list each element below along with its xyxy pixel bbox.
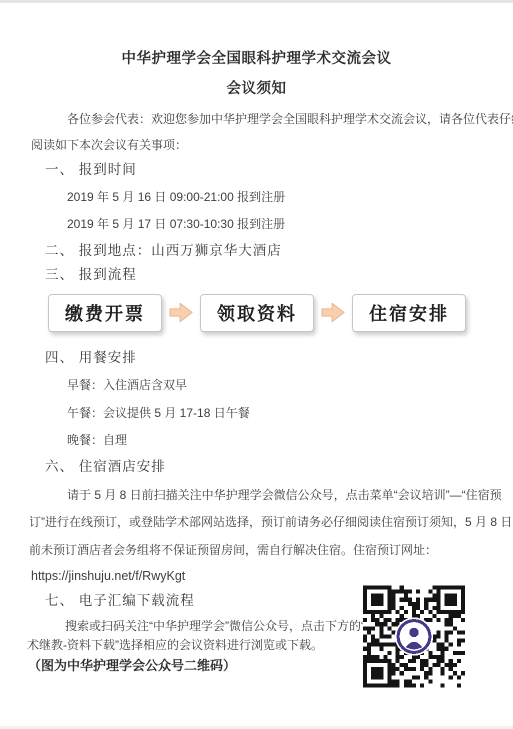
section-2-heading: 二、 报到地点：山西万狮京华大酒店 (45, 243, 282, 258)
arrow-right-icon (321, 300, 345, 325)
download-line-1: 搜索或扫码关注“中华护理学会”微信公众号，点击下方的“学 (65, 619, 377, 634)
booking-url: https://jinshuju.net/f/RwyKgt (31, 569, 185, 584)
section-4-heading: 四、 用餐安排 (45, 350, 137, 365)
section-1-heading: 一、 报到时间 (45, 162, 137, 177)
arrow-right-icon (169, 300, 193, 325)
hotel-line-3: 前未预订酒店者会务组将不保证预留房间，需自行解决住宿。住宿预订网址： (29, 543, 437, 558)
intro-line-2: 阅读如下本次会议有关事项： (31, 138, 187, 153)
hotel-line-1: 请于 5 月 8 日前扫描关注中华护理学会微信公众号，点击菜单“会议培训”—“住… (67, 488, 502, 503)
section-6-heading: 六、 住宿酒店安排 (45, 459, 166, 474)
doc-subtitle: 会议须知 (0, 81, 513, 98)
section-7-heading: 七、 电子汇编下载流程 (45, 593, 195, 608)
section-3-heading: 三、 报到流程 (45, 267, 137, 282)
qr-caption: （图为中华护理学会公众号二维码） (28, 658, 236, 673)
registration-time-1: 2019 年 5 月 16 日 09:00-21:00 报到注册 (67, 190, 285, 205)
registration-time-2: 2019 年 5 月 17 日 07:30-10:30 报到注册 (67, 217, 285, 232)
flow-step-materials: 领取资料 (200, 294, 314, 332)
intro-line-1: 各位参会代表：欢迎您参加中华护理学会全国眼科护理学术交流会议，请各位代表仔细 (67, 112, 513, 127)
hotel-line-2: 订”进行在线预订，或登陆学术部网站选择，预订前请务必仔细阅读住宿预订须知，5 月… (29, 515, 512, 530)
page-top-edge (0, 0, 513, 3)
doc-title: 中华护理学会全国眼科护理学术交流会议 (0, 51, 513, 68)
qr-code (363, 584, 465, 689)
meal-breakfast: 早餐：入住酒店含双早 (67, 378, 187, 393)
download-line-2: 术继教-资料下载”选择相应的会议资料进行浏览或下载。 (27, 638, 323, 653)
meal-lunch: 午餐：会议提供 5 月 17-18 日午餐 (67, 406, 250, 421)
flow-step-payment: 缴费开票 (48, 294, 162, 332)
flow-step-lodging: 住宿安排 (352, 294, 466, 332)
document-page: 中华护理学会全国眼科护理学术交流会议 会议须知 各位参会代表：欢迎您参加中华护理… (0, 0, 513, 729)
meal-dinner: 晚餐：自理 (67, 433, 127, 448)
